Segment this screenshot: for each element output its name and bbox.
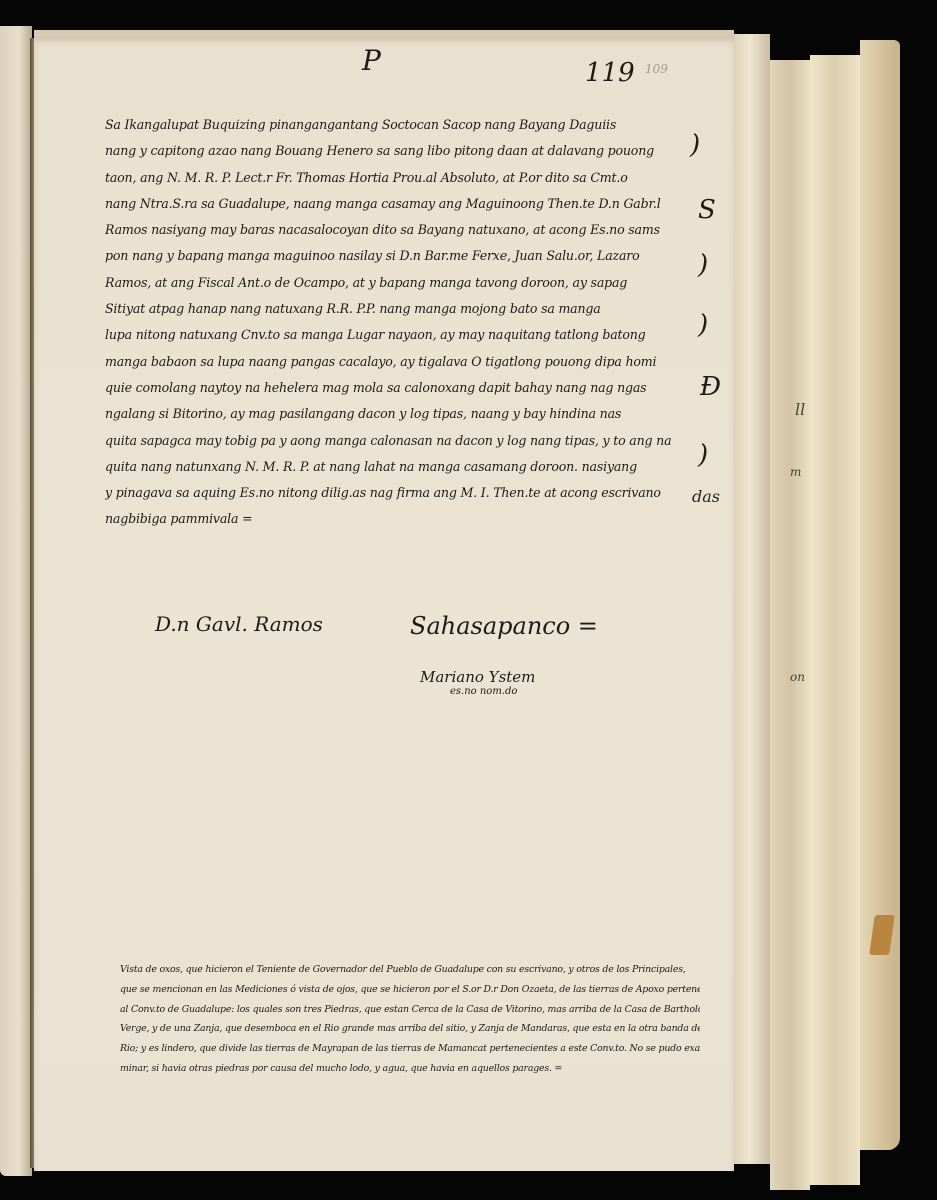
second-text-block: Vista de oxos, que hicieron el Teniente …	[120, 960, 700, 1079]
signature-sahasapanco: Sahasapanco =	[410, 612, 598, 640]
text-line: al Conv.to de Guadalupe: los quales son …	[120, 1000, 700, 1020]
text-line: Vista de oxos, que hicieron el Teniente …	[120, 960, 700, 980]
margin-flourish: )	[690, 130, 700, 160]
folio-number: 119	[585, 58, 635, 88]
page-stack-edge	[770, 60, 810, 1190]
text-line: ngalang si Bitorino, ay mag pasilangang …	[105, 401, 695, 427]
text-line: que se mencionan en las Mediciones ó vis…	[120, 980, 700, 1000]
margin-fragment: das	[692, 487, 720, 506]
page-stack-edge	[730, 34, 770, 1164]
notary-title: es.no nom.do	[420, 686, 535, 697]
text-line: nang y capitong azao nang Bouang Henero …	[105, 138, 695, 164]
text-line: Verge, y de una Zanja, que desemboca en …	[120, 1019, 700, 1039]
margin-flourish: )	[698, 440, 708, 470]
book-cover-edge	[860, 40, 900, 1150]
margin-flourish: Ɖ	[700, 372, 721, 402]
text-line: Ramos nasiyang may baras nacasalocoyan d…	[105, 217, 695, 243]
text-line: Ramos, at ang Fiscal Ant.o de Ocampo, at…	[105, 270, 695, 296]
margin-flourish: S	[698, 195, 716, 225]
text-line: manga babaon sa lupa naang pangas cacala…	[105, 349, 695, 375]
page-marker: P	[362, 44, 381, 77]
margin-fragment: on	[790, 670, 805, 684]
text-line: Sitiyat atpag hanap nang natuxang R.R. P…	[105, 296, 695, 322]
text-line: Sa Ikangalupat Buquizing pinangangantang…	[105, 112, 695, 138]
margin-flourish: )	[698, 250, 708, 280]
notary-name: Mariano Ystem	[420, 668, 535, 686]
margin-flourish: )	[698, 310, 708, 340]
text-line: quie comolang naytoy na hehelera mag mol…	[105, 375, 695, 401]
margin-fragment: ll	[795, 400, 805, 419]
page-stack-edge	[810, 55, 860, 1185]
text-line: nang Ntra.S.ra sa Guadalupe, naang manga…	[105, 191, 695, 217]
signature-ramos: D.n Gavl. Ramos	[155, 612, 323, 636]
text-line: nagbibiga pammivala =	[105, 506, 695, 532]
text-line: minar, si havia otras piedras por causa …	[120, 1059, 700, 1079]
text-line: y pinagava sa aquing Es.no nitong dilig.…	[105, 480, 695, 506]
margin-fragment: m	[790, 465, 801, 479]
text-line: quita nang natunxang N. M. R. P. at nang…	[105, 454, 695, 480]
signature-notary: Mariano Ystem es.no nom.do	[420, 668, 535, 697]
text-line: quita sapagca may tobig pa y aong manga …	[105, 428, 695, 454]
main-text-block: Sa Ikangalupat Buquizing pinangangantang…	[105, 112, 695, 533]
text-line: Rio; y es lindero, que divide las tierra…	[120, 1039, 700, 1059]
folio-number-pencil: 109	[645, 62, 668, 76]
text-line: lupa nitong natuxang Cnv.to sa manga Lug…	[105, 322, 695, 348]
text-line: pon nang y bapang manga maguinoo nasilay…	[105, 243, 695, 269]
left-facing-page-edge	[0, 26, 32, 1176]
text-line: taon, ang N. M. R. P. Lect.r Fr. Thomas …	[105, 165, 695, 191]
